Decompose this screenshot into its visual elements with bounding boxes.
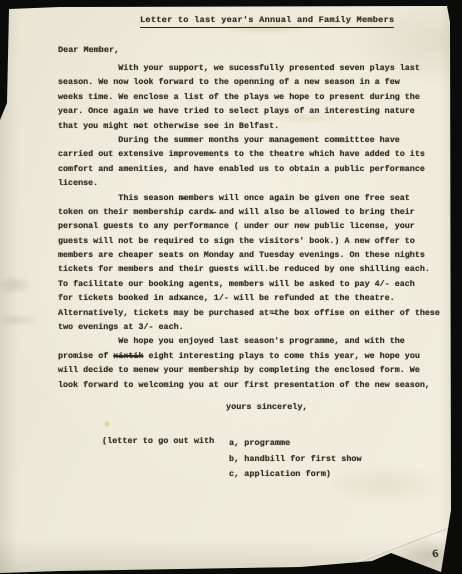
postscript-item: c, application form)	[229, 467, 362, 483]
letter-line: Alternatively, tickets may be purchased …	[58, 306, 440, 320]
letter-closing: yours sincerely,	[226, 402, 308, 412]
postscript-intro: (letter to go out with	[102, 436, 214, 446]
letter-line: license.	[58, 176, 440, 190]
letter-line: token on their membership cardx̶ and wil…	[58, 205, 440, 219]
paper-crease	[353, 524, 456, 565]
postscript-items: a, programme b, handbill for first show …	[229, 436, 362, 483]
letter-line: members are cheaper seats on Monday and …	[58, 248, 440, 262]
letter-line: that you might n̶ot otherwise see in Bel…	[58, 119, 440, 133]
letter-line: We hope you enjoyed last season's progra…	[58, 334, 440, 348]
letter-line: season. We now look forward to the openn…	[58, 75, 440, 89]
letter-title: Letter to last year's Annual and Family …	[140, 15, 394, 28]
letter-line: With your support, we sucessfully presen…	[58, 61, 440, 75]
letter-line: tickets for members and their guests wil…	[58, 262, 440, 276]
letter-line: year. Once again we have tried to select…	[58, 104, 440, 118]
letter-salutation: Dear Member,	[58, 45, 119, 55]
letter-line: guests will not be required to sign the …	[58, 234, 440, 248]
letter-line: During the summer months your management…	[58, 133, 440, 147]
postscript-item: a, programme	[229, 436, 362, 452]
letter-line: comfort and amenities, and have enabled …	[58, 162, 440, 176]
letter-body: With your support, we sucessfully presen…	[58, 61, 440, 392]
letter-line: look forward to welcoming you at our fir…	[58, 378, 440, 392]
letter-line: promise of xixtik eight interesting play…	[58, 349, 440, 363]
scanned-letter-page: Letter to last year's Annual and Family …	[0, 0, 462, 574]
struck-out-word: xixtik	[113, 351, 143, 361]
letter-line-segment: eight interesting plays to come this yea…	[143, 351, 419, 361]
letter-line: two evenings at 3/- each.	[58, 320, 440, 334]
letter-line: carried out extensive improvements to th…	[58, 147, 440, 161]
letter-line: To facilitate our booking agents, member…	[58, 277, 440, 291]
letter-line-segment: promise of	[58, 351, 113, 361]
letter-line: weeks time. We enclose a list of the pla…	[58, 90, 440, 104]
handwritten-page-number: 6	[431, 549, 439, 561]
paper-sheet: Letter to last year's Annual and Family …	[0, 0, 462, 574]
letter-line: personal guests to any performance ( und…	[58, 219, 440, 233]
letter-line: will decide to menew your membership by …	[58, 363, 440, 377]
postscript-item: b, handbill for first show	[229, 452, 362, 468]
letter-line: This season m̶embers will once again be …	[58, 191, 440, 205]
letter-line: for tickets booked in adx̶ance, 1/- will…	[58, 291, 440, 305]
